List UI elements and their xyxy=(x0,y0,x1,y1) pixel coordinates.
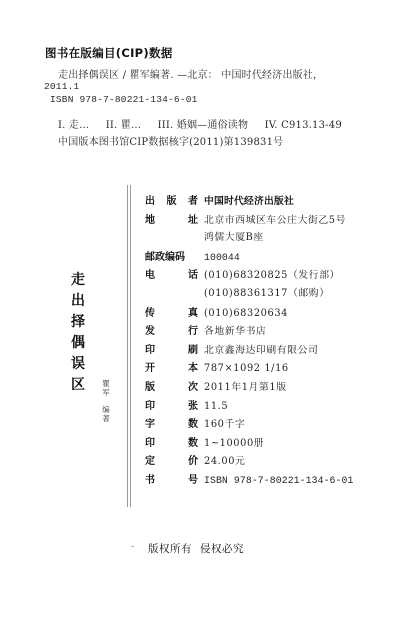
imprint-value: 1~10000册 xyxy=(204,435,264,449)
imprint-value: (010)88361317（邮购） xyxy=(204,285,330,299)
label-char: 书 xyxy=(145,471,155,486)
imprint-label: 印 数 xyxy=(145,434,198,449)
imprint-value: 160千字 xyxy=(204,416,245,430)
imprint-label: 地 址 xyxy=(145,211,198,226)
imprint-label: 传 真 xyxy=(145,304,198,319)
imprint-row-word-count: 字 数 160千字 xyxy=(145,415,353,434)
imprint-row-address: 地 址 北京市西城区车公庄大街乙5号 xyxy=(145,211,353,230)
label-char: 价 xyxy=(188,452,198,467)
divider-line xyxy=(130,185,131,507)
cip-record-number: 中国版本图书馆CIP数据核字(2011)第139831号 xyxy=(58,133,283,148)
label-char: 真 xyxy=(188,304,198,319)
cip-bibliographic-line: 走出择偶误区 / 瞿军编著. —北京： 中国时代经济出版社， xyxy=(58,66,323,81)
divider-line xyxy=(127,185,128,507)
imprint-row-postcode: 邮政编码 100044 xyxy=(145,248,353,267)
title-char: 走 xyxy=(68,270,88,291)
label-char: 址 xyxy=(188,211,198,226)
copyright-notice: 版权所有侵权必究 xyxy=(148,541,244,556)
label-char: 次 xyxy=(188,378,198,393)
imprint-value: 北京市西城区车公庄大街乙5号 xyxy=(204,212,346,226)
title-char: 区 xyxy=(68,375,88,396)
imprint-row-phone-cont: (010)88361317（邮购） xyxy=(145,285,353,304)
imprint-row-format: 开 本 787×1092 1/16 xyxy=(145,359,353,378)
copyright-infringement: 侵权必究 xyxy=(200,543,244,555)
imprint-label: 定 价 xyxy=(145,452,198,467)
imprint-label: 版 次 xyxy=(145,378,198,393)
label-char: 行 xyxy=(188,322,198,337)
title-char: 误 xyxy=(68,354,88,375)
label-char: 本 xyxy=(188,359,198,374)
imprint-row-phone: 电 话 (010)68320825（发行部） xyxy=(145,266,353,285)
author-char: 军 xyxy=(101,389,111,398)
imprint-row-distribution: 发 行 各地新华书店 xyxy=(145,322,353,341)
title-char: 择 xyxy=(68,312,88,333)
cip-isbn: ISBN 978-7-80221-134-6-01 xyxy=(50,94,198,105)
label-char: 话 xyxy=(188,266,198,281)
imprint-row-edition: 版 次 2011年1月第1版 xyxy=(145,378,353,397)
imprint-row-fax: 传 真 (010)68320634 xyxy=(145,304,353,323)
imprint-value: 北京鑫海达印刷有限公司 xyxy=(204,342,318,356)
imprint-label: 邮政编码 xyxy=(145,248,198,263)
cip-date: 2011.1 xyxy=(44,81,79,92)
label-char: 出 xyxy=(145,192,155,207)
imprint-label: 字 数 xyxy=(145,415,198,430)
imprint-label: 开 本 xyxy=(145,359,198,374)
imprint-label: 印 刷 xyxy=(145,341,198,356)
cip-classification: I. 走… II. 瞿… III. 婚姻—通俗读物 IV. C913.13-49 xyxy=(58,116,355,131)
imprint-row-sheets: 印 张 11.5 xyxy=(145,397,353,416)
imprint-row-address-cont: 鸿儒大厦B座 xyxy=(145,229,353,248)
imprint-value: (010)68320634 xyxy=(204,308,288,319)
label-char: 版 xyxy=(145,378,155,393)
imprint-row-printing: 印 刷 北京鑫海达印刷有限公司 xyxy=(145,341,353,360)
imprint-value: 24.00元 xyxy=(204,453,245,467)
classification-item: I. 走… xyxy=(58,116,89,131)
label-char: 印 xyxy=(145,397,155,412)
classification-item: IV. C913.13-49 xyxy=(265,120,342,131)
label-char: 版 xyxy=(167,192,177,207)
label-char: 电 xyxy=(145,266,155,281)
imprint-value: 各地新华书店 xyxy=(204,323,266,337)
label-char: 刷 xyxy=(188,341,198,356)
label-char: 发 xyxy=(145,322,155,337)
imprint-label: 印 张 xyxy=(145,397,198,412)
book-title-vertical: 走 出 择 偶 误 区 xyxy=(68,270,88,396)
imprint-label: 发 行 xyxy=(145,322,198,337)
imprint-value: (010)68320825（发行部） xyxy=(204,267,340,281)
label-char: 数 xyxy=(188,434,198,449)
classification-item: III. 婚姻—通俗读物 xyxy=(158,116,249,131)
imprint-row-print-run: 印 数 1~10000册 xyxy=(145,434,353,453)
label-char: 印 xyxy=(145,434,155,449)
imprint-value: 鸿儒大厦B座 xyxy=(204,229,264,243)
classification-item: II. 瞿… xyxy=(106,116,141,131)
imprint-row-isbn: 书 号 ISBN 978-7-80221-134-6-01 xyxy=(145,471,353,490)
label-char: 数 xyxy=(188,415,198,430)
imprint-value: ISBN 978-7-80221-134-6-01 xyxy=(204,475,353,486)
label-char: 字 xyxy=(145,415,155,430)
label-char: 地 xyxy=(145,211,155,226)
imprint-row-publisher: 出 版 者 中国时代经济出版社 xyxy=(145,192,353,211)
imprint-value: 2011年1月第1版 xyxy=(204,379,287,393)
imprint-value: 100044 xyxy=(204,252,240,263)
title-char: 出 xyxy=(68,291,88,312)
imprint-table: 出 版 者 中国时代经济出版社 地 址 北京市西城区车公庄大街乙5号 鸿儒大厦B… xyxy=(145,192,353,490)
imprint-value: 11.5 xyxy=(204,401,228,412)
imprint-value: 787×1092 1/16 xyxy=(204,363,289,374)
label-char: 号 xyxy=(188,471,198,486)
role-char: 著 xyxy=(101,415,111,424)
cip-title: 图书在版编目(CIP)数据 xyxy=(45,45,173,61)
book-author-vertical: 瞿 军 编 著 xyxy=(101,380,111,423)
copyright-all-rights: 版权所有 xyxy=(148,543,192,555)
imprint-label: 书 号 xyxy=(145,471,198,486)
print-speck xyxy=(131,546,134,547)
label-char: 定 xyxy=(145,452,155,467)
title-char: 偶 xyxy=(68,333,88,354)
imprint-value: 中国时代经济出版社 xyxy=(204,193,294,207)
label-char: 开 xyxy=(145,359,155,374)
imprint-row-price: 定 价 24.00元 xyxy=(145,452,353,471)
label-char: 张 xyxy=(188,397,198,412)
imprint-label: 电 话 xyxy=(145,266,198,281)
label-char: 者 xyxy=(188,192,198,207)
label-char: 印 xyxy=(145,341,155,356)
label-char: 传 xyxy=(145,304,155,319)
imprint-label: 出 版 者 xyxy=(145,192,198,207)
